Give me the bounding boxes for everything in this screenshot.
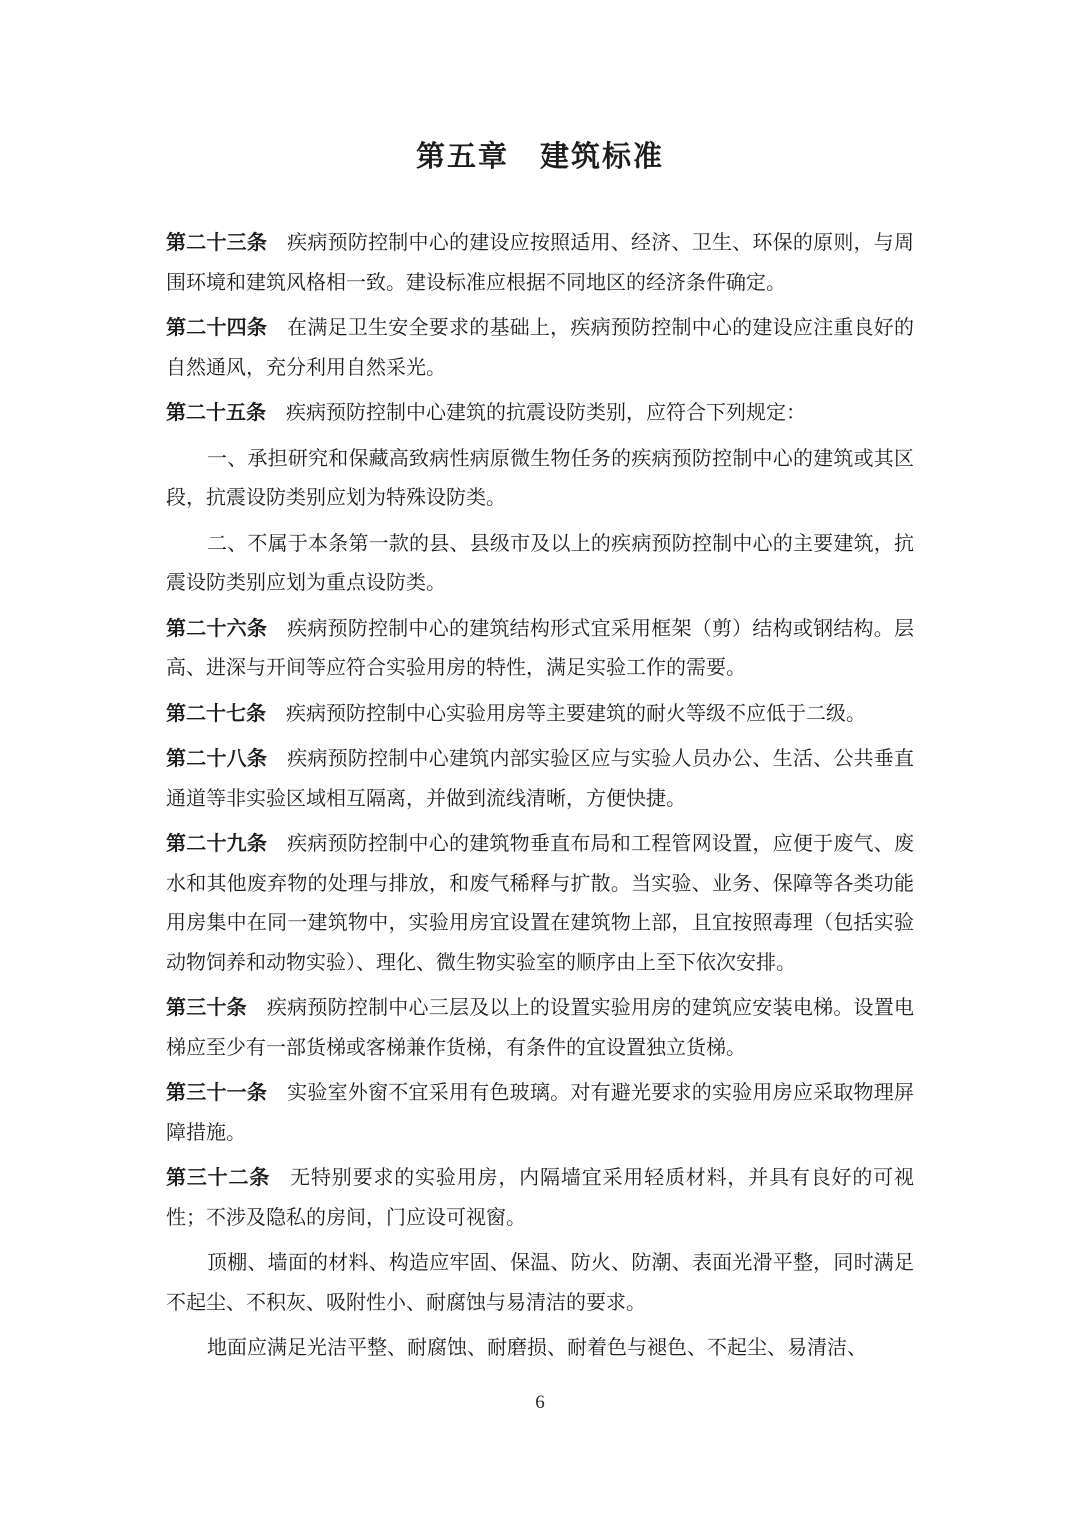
article-28-number: 第二十八条 xyxy=(166,748,267,770)
paragraph-article-32: 第三十二条无特别要求的实验用房，内隔墙宜采用轻质材料，并具有良好的可视性；不涉及… xyxy=(166,1159,914,1238)
document-page: 第五章 建筑标准 第二十三条疾病预防控制中心的建设应按照适用、经济、卫生、环保的… xyxy=(0,0,1080,1527)
article-27-text: 疾病预防控制中心实验用房等主要建筑的耐火等级不应低于二级。 xyxy=(286,703,866,725)
article-29-text: 疾病预防控制中心的建筑物垂直布局和工程管网设置，应便于废气、废水和其他废弃物的处… xyxy=(166,833,914,974)
paragraph-article-25: 第二十五条疾病预防控制中心建筑的抗震设防类别，应符合下列规定： xyxy=(166,394,914,434)
paragraph-article-25-item-1: 一、承担研究和保藏高致病性病原微生物任务的疾病预防控制中心的建筑或其区段，抗震设… xyxy=(166,440,914,519)
paragraph-article-27: 第二十七条疾病预防控制中心实验用房等主要建筑的耐火等级不应低于二级。 xyxy=(166,695,914,735)
paragraph-article-24: 第二十四条在满足卫生安全要求的基础上，疾病预防控制中心的建设应注重良好的自然通风… xyxy=(166,309,914,388)
paragraph-article-32-floor: 地面应满足光洁平整、耐腐蚀、耐磨损、耐着色与褪色、不起尘、易清洁、 xyxy=(166,1329,914,1369)
paragraph-article-31: 第三十一条实验室外窗不宜采用有色玻璃。对有避光要求的实验用房应采取物理屏障措施。 xyxy=(166,1074,914,1153)
article-31-text: 实验室外窗不宜采用有色玻璃。对有避光要求的实验用房应采取物理屏障措施。 xyxy=(166,1082,914,1144)
article-32-number: 第三十二条 xyxy=(166,1167,270,1189)
article-25-item-1-text: 一、承担研究和保藏高致病性病原微生物任务的疾病预防控制中心的建筑或其区段，抗震设… xyxy=(166,448,914,510)
article-27-number: 第二十七条 xyxy=(166,703,266,725)
article-26-number: 第二十六条 xyxy=(166,618,267,640)
article-28-text: 疾病预防控制中心建筑内部实验区应与实验人员办公、生活、公共垂直通道等非实验区域相… xyxy=(166,748,914,810)
article-25-item-2-text: 二、不属于本条第一款的县、县级市及以上的疾病预防控制中心的主要建筑，抗震设防类别… xyxy=(166,533,914,595)
paragraph-article-25-item-2: 二、不属于本条第一款的县、县级市及以上的疾病预防控制中心的主要建筑，抗震设防类别… xyxy=(166,525,914,604)
page-number: 6 xyxy=(0,1392,1080,1414)
article-24-text: 在满足卫生安全要求的基础上，疾病预防控制中心的建设应注重良好的自然通风，充分利用… xyxy=(166,317,914,379)
article-29-number: 第二十九条 xyxy=(166,833,267,855)
paragraph-article-23: 第二十三条疾病预防控制中心的建设应按照适用、经济、卫生、环保的原则，与周围环境和… xyxy=(166,224,914,303)
paragraph-article-26: 第二十六条疾病预防控制中心的建筑结构形式宜采用框架（剪）结构或钢结构。层高、进深… xyxy=(166,610,914,689)
article-30-number: 第三十条 xyxy=(166,997,247,1019)
paragraph-article-28: 第二十八条疾病预防控制中心建筑内部实验区应与实验人员办公、生活、公共垂直通道等非… xyxy=(166,740,914,819)
chapter-title: 第五章 建筑标准 xyxy=(166,0,914,174)
article-24-number: 第二十四条 xyxy=(166,317,267,339)
article-30-text: 疾病预防控制中心三层及以上的设置实验用房的建筑应安装电梯。设置电梯应至少有一部货… xyxy=(166,997,914,1059)
paragraph-article-32-ceiling-walls: 顶棚、墙面的材料、构造应牢固、保温、防火、防潮、表面光滑平整，同时满足不起尘、不… xyxy=(166,1244,914,1323)
article-32-floor-text: 地面应满足光洁平整、耐腐蚀、耐磨损、耐着色与褪色、不起尘、易清洁、 xyxy=(207,1337,867,1359)
article-32-ceiling-walls-text: 顶棚、墙面的材料、构造应牢固、保温、防火、防潮、表面光滑平整，同时满足不起尘、不… xyxy=(166,1252,914,1314)
article-25-text: 疾病预防控制中心建筑的抗震设防类别，应符合下列规定： xyxy=(286,402,806,424)
article-32-text: 无特别要求的实验用房，内隔墙宜采用轻质材料，并具有良好的可视性；不涉及隐私的房间… xyxy=(166,1167,914,1229)
article-26-text: 疾病预防控制中心的建筑结构形式宜采用框架（剪）结构或钢结构。层高、进深与开间等应… xyxy=(166,618,914,680)
article-31-number: 第三十一条 xyxy=(166,1082,267,1104)
paragraph-article-30: 第三十条疾病预防控制中心三层及以上的设置实验用房的建筑应安装电梯。设置电梯应至少… xyxy=(166,989,914,1068)
paragraph-article-29: 第二十九条疾病预防控制中心的建筑物垂直布局和工程管网设置，应便于废气、废水和其他… xyxy=(166,825,914,983)
article-23-number: 第二十三条 xyxy=(166,232,267,254)
article-23-text: 疾病预防控制中心的建设应按照适用、经济、卫生、环保的原则，与周围环境和建筑风格相… xyxy=(166,232,914,294)
article-25-number: 第二十五条 xyxy=(166,402,266,424)
